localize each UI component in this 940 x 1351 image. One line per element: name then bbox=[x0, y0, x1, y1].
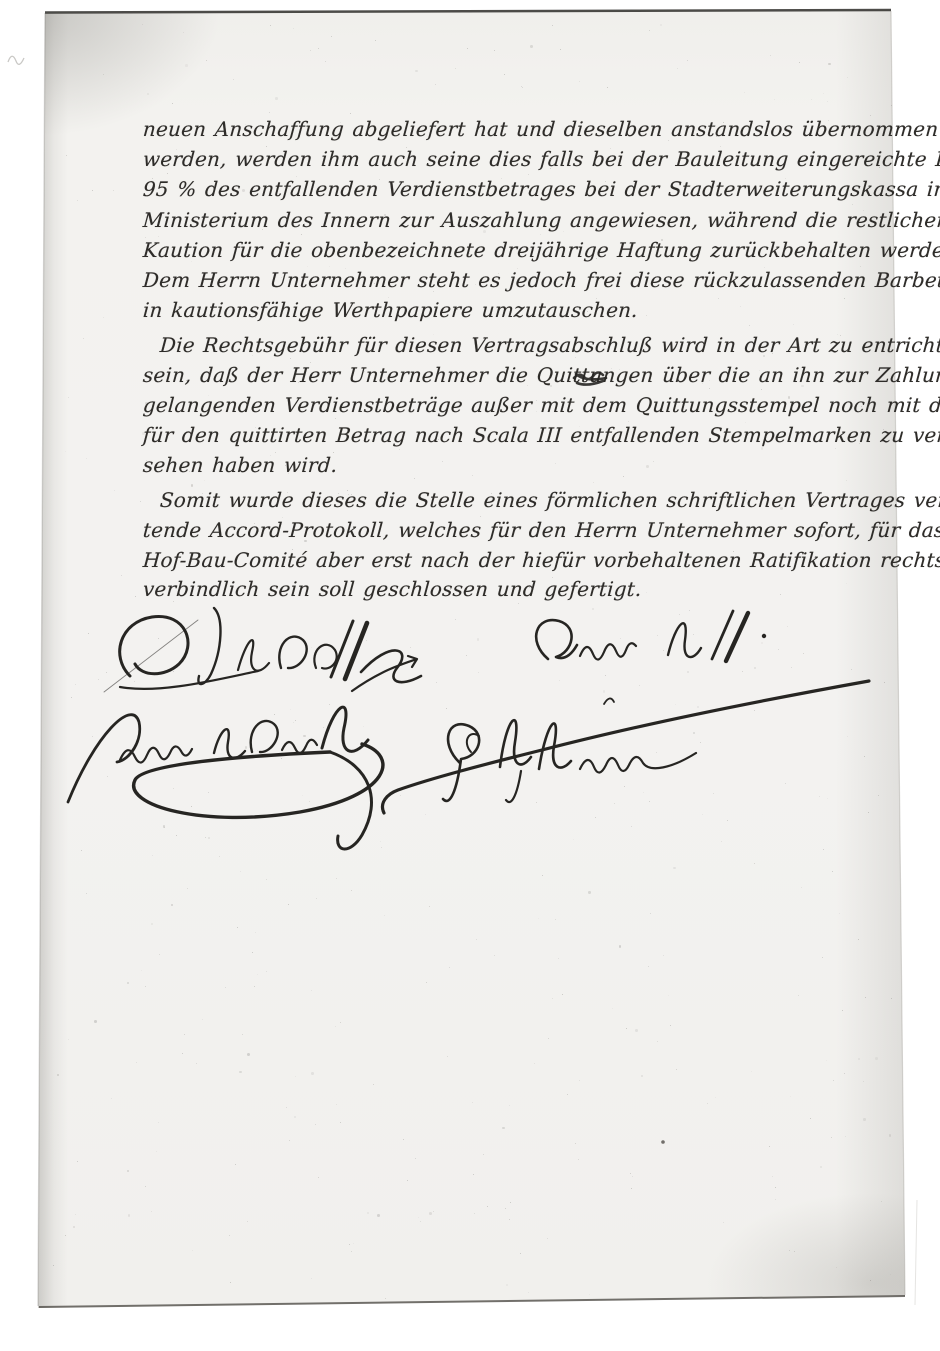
signatures-layer bbox=[0, 0, 940, 1351]
signature-top-left bbox=[104, 608, 421, 692]
signature-bottom-center bbox=[443, 698, 696, 802]
ink-correction-scribble bbox=[574, 373, 606, 385]
signature-bottom-left bbox=[68, 707, 383, 849]
scanned-page: neuen Anschaffung abgeliefert hat und di… bbox=[0, 0, 940, 1351]
